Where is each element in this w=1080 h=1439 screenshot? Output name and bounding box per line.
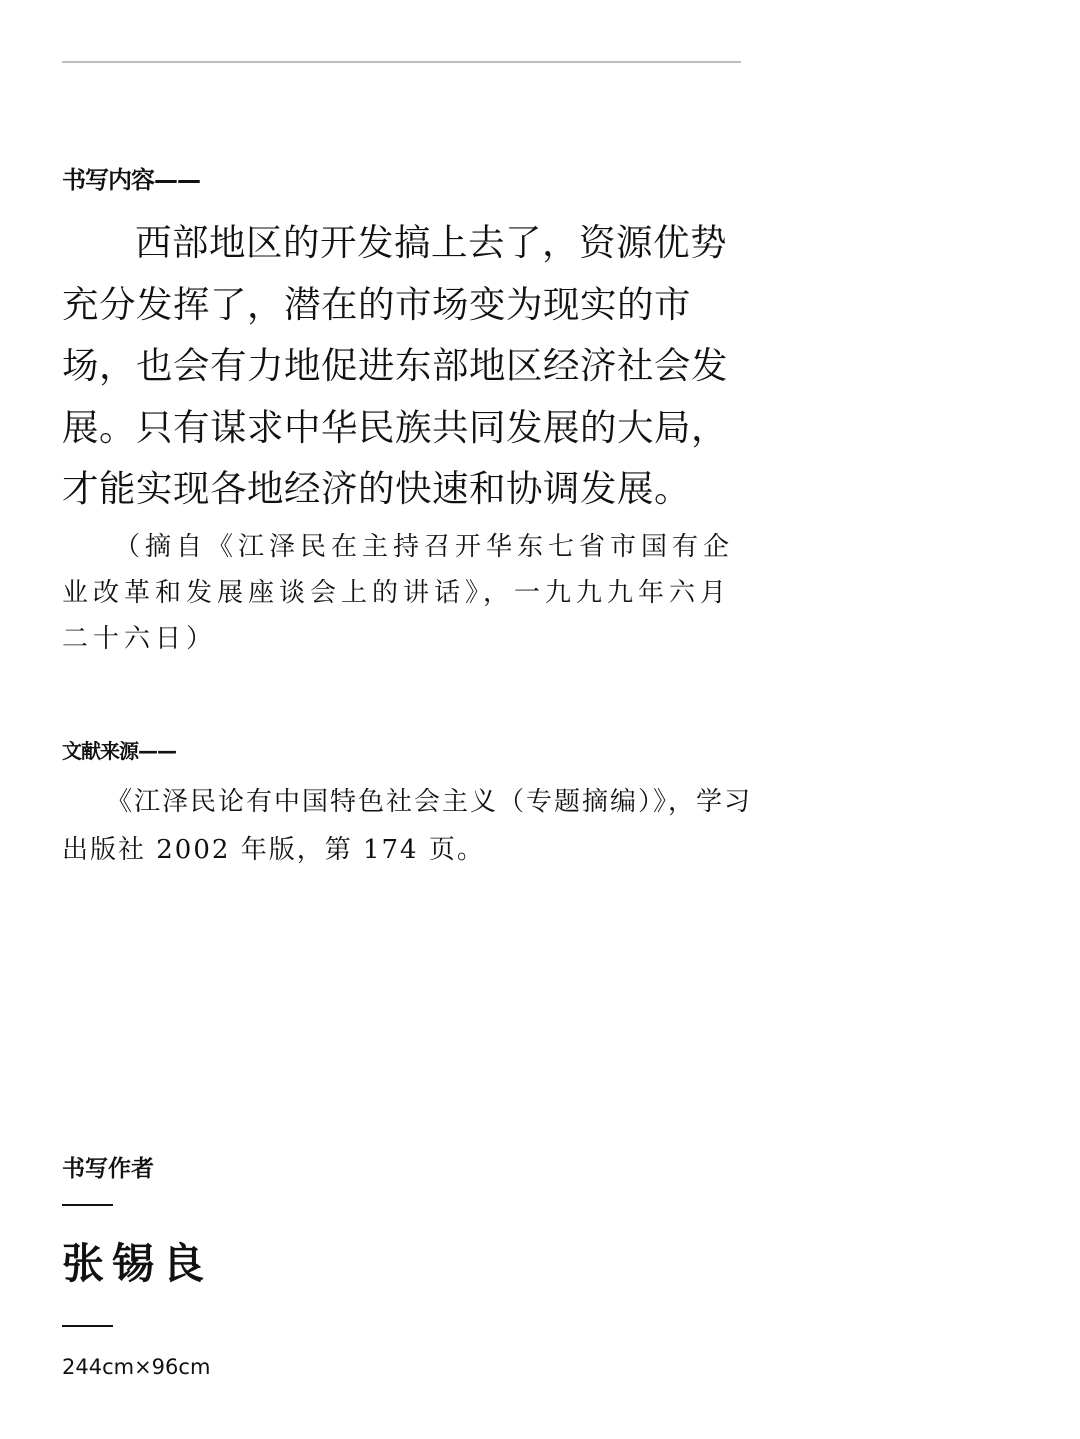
author-divider-top <box>62 1204 113 1206</box>
top-divider <box>62 61 741 63</box>
author-name: 张锡良 <box>62 1236 212 1292</box>
source-section-label: 文献来源—— <box>62 737 176 765</box>
author-divider-bottom <box>62 1325 113 1327</box>
author-section-label: 书写作者 <box>62 1153 154 1185</box>
artwork-dimensions: 244cm×96cm <box>62 1353 210 1381</box>
quote-body: 西部地区的开发搞上去了，资源优势充分发挥了，潜在的市场变为现实的市场，也会有力地… <box>62 212 752 520</box>
content-section-label: 书写内容—— <box>62 164 200 196</box>
source-reference: 《江泽民论有中国特色社会主义（专题摘编）》，学习出版社 2002 年版，第 17… <box>62 778 752 874</box>
quote-citation: （摘自《江泽民在主持召开华东七省市国有企业改革和发展座谈会上的讲话》，一九九九年… <box>62 524 752 662</box>
